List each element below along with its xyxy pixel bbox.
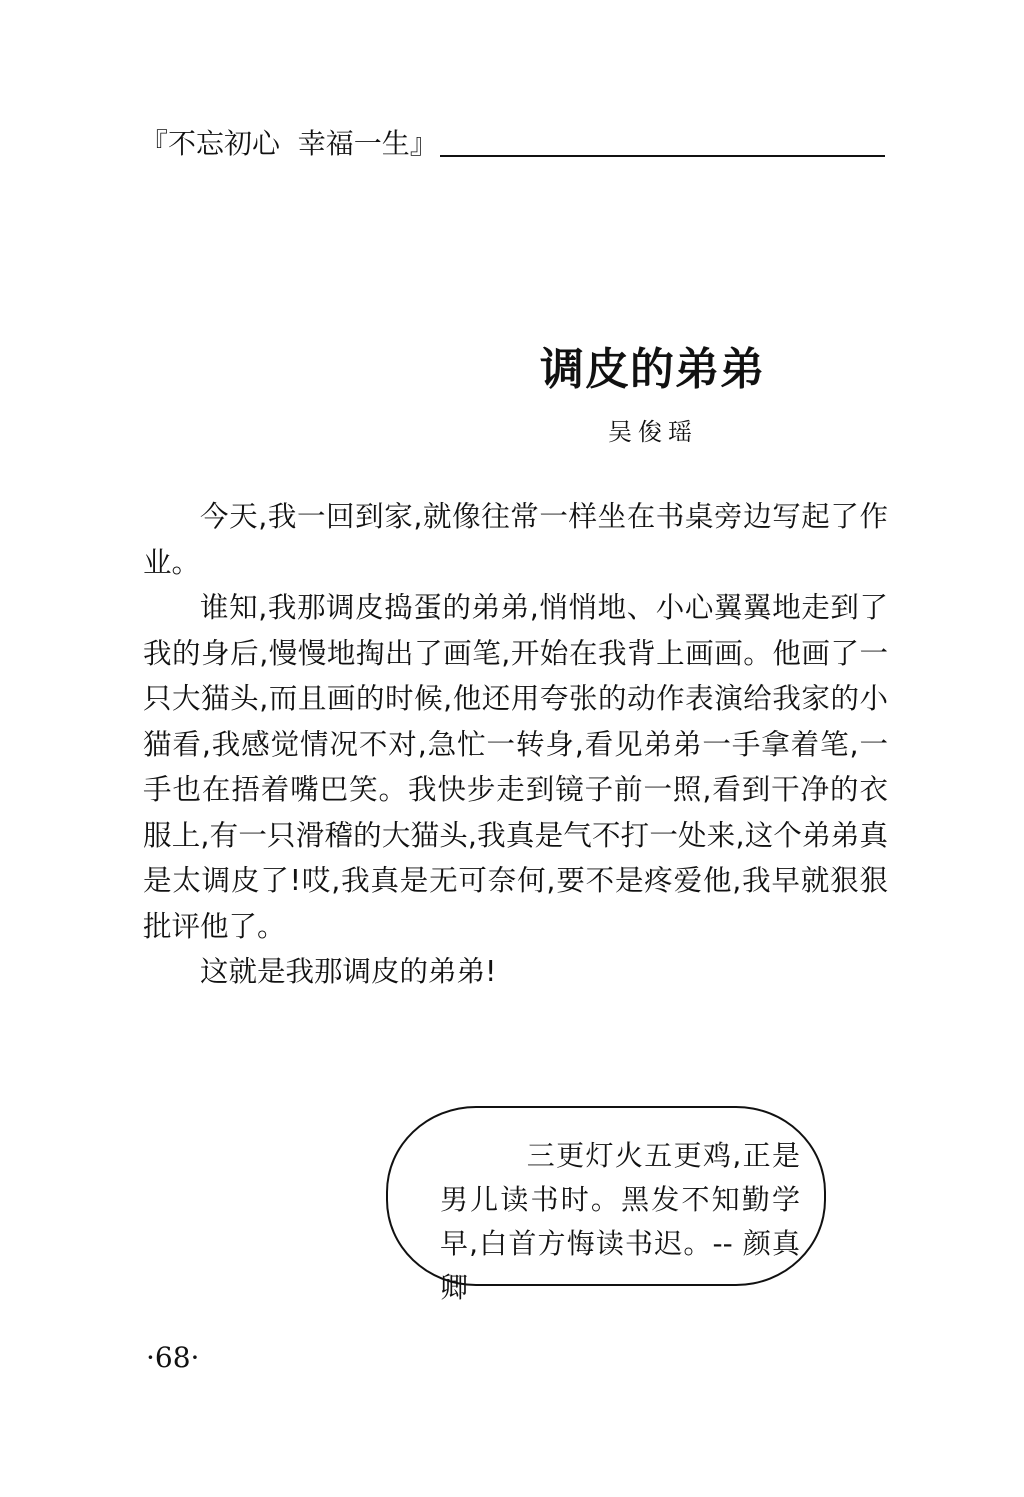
article-title: 调皮的弟弟	[540, 340, 765, 400]
quote-box: 三更灯火五更鸡,正是男儿读书时。黑发不知勤学早,白首方悔读书迟。-- 颜真卿	[386, 1106, 826, 1286]
paragraph: 谁知,我那调皮捣蛋的弟弟,悄悄地、小心翼翼地走到了我的身后,慢慢地掏出了画笔,开…	[143, 585, 888, 949]
quote-text: 三更灯火五更鸡,正是男儿读书时。黑发不知勤学早,白首方悔读书迟。-- 颜真卿	[440, 1134, 800, 1310]
running-header: 『不忘初心 幸福一生』	[140, 127, 885, 159]
article-body: 今天,我一回到家,就像往常一样坐在书桌旁边写起了作业。 谁知,我那调皮捣蛋的弟弟…	[143, 494, 888, 995]
paragraph: 今天,我一回到家,就像往常一样坐在书桌旁边写起了作业。	[143, 494, 888, 585]
page-number: ·68·	[146, 1342, 199, 1374]
paragraph: 这就是我那调皮的弟弟!	[143, 949, 888, 995]
article-author: 吴俊瑶	[608, 414, 698, 450]
running-header-text: 『不忘初心 幸福一生』	[140, 129, 438, 159]
header-rule	[440, 155, 885, 157]
